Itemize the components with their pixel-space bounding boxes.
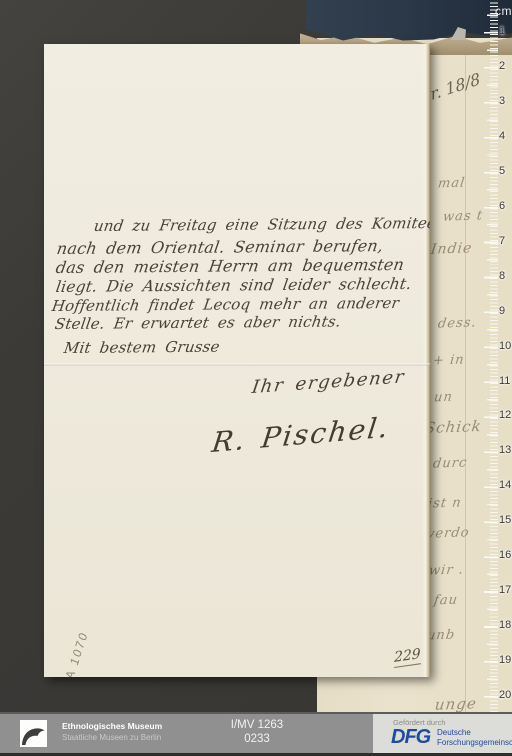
ruler-number: 4 xyxy=(499,130,512,142)
handwriting-fragment: Schick xyxy=(424,417,483,437)
handwriting-fragment: wir . xyxy=(428,562,465,578)
handwriting-fragment: un xyxy=(433,390,454,406)
ruler-number: 2 xyxy=(499,60,512,72)
ruler-number: 12 xyxy=(499,409,512,421)
ruler-number: 19 xyxy=(499,654,512,666)
dfg-logo: DFG xyxy=(391,726,430,749)
ruler-number: 15 xyxy=(499,514,512,526)
ruler-number: 1 xyxy=(499,25,512,37)
letter-line: und zu Freitag eine Sitzung des Komitees xyxy=(93,214,430,235)
archive-footer-bar: Ethnologisches Museum Staatliche Museen … xyxy=(0,712,512,756)
handwriting-fragment: verdo xyxy=(426,525,470,541)
document-id: I/MV 1263 0233 xyxy=(198,718,316,746)
ruler-number: 8 xyxy=(499,270,512,282)
ruler-number: 16 xyxy=(499,549,512,561)
handwriting-fragment: Indie xyxy=(430,240,473,257)
letter-page: und zu Freitag eine Sitzung des Komitees… xyxy=(44,44,430,677)
letter-closing: Mit bestem Grusse xyxy=(63,338,221,357)
ruler-number: 10 xyxy=(499,340,512,352)
ruler-number: 5 xyxy=(499,165,512,177)
letter-line: das den meisten Herrn am bequemsten xyxy=(55,255,406,277)
ruler-unit-label: cm xyxy=(495,4,512,18)
dfg-name-line2: Forschungsgemeinschaft xyxy=(437,738,512,748)
dfg-name: Deutsche Forschungsgemeinschaft xyxy=(437,728,512,747)
folio-number: 229 xyxy=(394,646,420,668)
handwriting-fragment: mal xyxy=(437,176,466,192)
horizontal-crease xyxy=(44,363,430,366)
ruler-number: 11 xyxy=(499,375,512,387)
page-fold-shadow xyxy=(422,44,430,677)
smb-eagle-logo-icon xyxy=(20,720,47,747)
document-id-line1: I/MV 1263 xyxy=(198,718,316,732)
ruler-number: 9 xyxy=(499,305,512,317)
letter-signature: R. Pischel. xyxy=(210,411,392,459)
museum-organization: Staatliche Museen zu Berlin xyxy=(62,732,162,743)
letter-line: Stelle. Er erwartet es aber nichts. xyxy=(54,313,343,333)
page-edge-line xyxy=(465,38,466,717)
ruler-number: 6 xyxy=(499,200,512,212)
handwriting-fragment: unge xyxy=(434,694,478,713)
handwriting-fragment: unb xyxy=(426,628,456,644)
letter-valediction: Ihr ergebener xyxy=(251,366,407,397)
archival-header-note: Jr. 18/8 xyxy=(423,69,482,106)
ruler-number: 14 xyxy=(499,479,512,491)
handwriting-fragment: was t xyxy=(442,208,484,224)
ruler-number: 3 xyxy=(499,95,512,107)
dfg-funding-panel: Gefördert durch DFG Deutsche Forschungsg… xyxy=(373,714,512,753)
handwriting-fragment: + in xyxy=(432,352,466,368)
cm-ruler: cm 1234567891011121314151617181920 xyxy=(484,0,512,717)
handwriting-fragment: fau xyxy=(433,593,459,609)
ruler-number: 13 xyxy=(499,444,512,456)
letter-line: Hoffentlich findet Lecoq mehr an anderer xyxy=(51,294,401,315)
ruler-number: 17 xyxy=(499,584,512,596)
document-id-line2: 0233 xyxy=(198,732,316,746)
ruler-number: 20 xyxy=(499,689,512,701)
museum-name: Ethnologisches Museum xyxy=(62,721,162,732)
dfg-name-line1: Deutsche xyxy=(437,728,512,738)
handwriting-fragment: ist n xyxy=(427,495,463,511)
museum-caption: Ethnologisches Museum Staatliche Museen … xyxy=(62,721,162,743)
ruler-number: 18 xyxy=(499,619,512,631)
letter-line: liegt. Die Aussichten sind leider schlec… xyxy=(55,275,413,296)
handwriting-fragment: durc xyxy=(432,455,468,471)
ruler-cm-ticks xyxy=(484,0,498,717)
pencil-inventory-note: 1A 1070 xyxy=(60,629,91,677)
handwriting-fragment: dess. xyxy=(437,315,478,331)
ruler-number: 7 xyxy=(499,235,512,247)
